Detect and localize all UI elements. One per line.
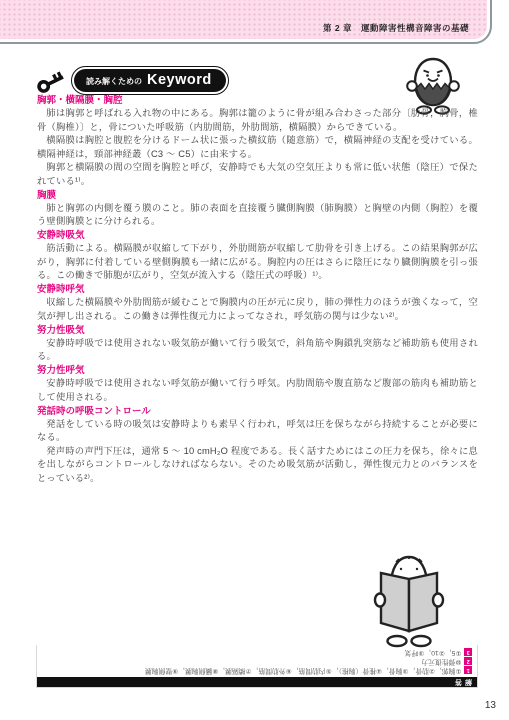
section-heading: 安静時吸気 <box>37 229 478 242</box>
keyword-pill: 読み解くための Keyword <box>74 69 226 92</box>
section-heading: 胸膜 <box>37 189 478 202</box>
section-paragraph: 横隔膜は胸腔と腹腔を分けるドーム状に張った横紋筋（随意筋）で，横隔神経の支配を受… <box>37 134 478 161</box>
section-paragraph: 筋活動による。横隔膜が収縮して下がり，外肋間筋が収縮して肋骨を引き上げる。この結… <box>37 242 478 283</box>
answers-rotated-box: 解答 1①胸郭，②肋骨，③胸骨，④椎骨（胸椎），⑤内肋間筋，⑥外肋間筋，⑦横隔膜… <box>36 645 478 688</box>
keyword-section: 安静時吸気筋活動による。横隔膜が収縮して下がり，外肋間筋が収縮して肋骨を引き上げ… <box>37 229 478 283</box>
answer-number-badge: 1 <box>465 666 473 674</box>
section-heading: 努力性呼気 <box>37 364 478 377</box>
keyword-sections: 胸郭・横隔膜・胸腔肺は胸郭と呼ばれる入れ物の中にある。胸郭は籠のように骨が組み合… <box>37 94 478 486</box>
answer-text: ①胸郭，②肋骨，③胸骨，④椎骨（胸椎），⑤内肋間筋，⑥外肋間筋，⑦横隔膜，⑧臓側… <box>145 666 462 674</box>
section-heading: 発話時の呼吸コントロール <box>37 405 478 418</box>
answer-text: ①5，②10，③呼気 <box>405 648 462 656</box>
answer-text: ⑩弾性復元力 <box>421 657 461 665</box>
keyword-section: 胸郭・横隔膜・胸腔肺は胸郭と呼ばれる入れ物の中にある。胸郭は籠のように骨が組み合… <box>37 94 478 188</box>
page-number: 13 <box>485 700 496 711</box>
chapter-header-band-pattern: 第 2 章 運動障害性構音障害の基礎 <box>0 0 487 39</box>
keyword-section: 努力性呼気安静時呼吸では使用されない呼気筋が働いて行う呼気。内肋間筋や腹直筋など… <box>37 364 478 404</box>
key-icon <box>34 66 66 94</box>
answer-line: 1①胸郭，②肋骨，③胸骨，④椎骨（胸椎），⑤内肋間筋，⑥外肋間筋，⑦横隔膜，⑧臓… <box>41 666 472 674</box>
answers-block: 解答 1①胸郭，②肋骨，③胸骨，④椎骨（胸椎），⑤内肋間筋，⑥外肋間筋，⑦横隔膜… <box>36 645 478 688</box>
keyword-section: 安静時呼気収縮した横隔膜や外肋間筋が緩むことで胸膜内の圧が元に戻り，肺の弾性力の… <box>37 283 478 323</box>
answer-number-badge: 2 <box>465 657 473 665</box>
section-paragraph: 安静時呼吸では使用されない吸気筋が働いて行う吸気で，斜角筋や胸鎖乳突筋など補助筋… <box>37 337 478 364</box>
answer-line: 3①5，②10，③呼気 <box>41 648 472 656</box>
answers-header-label: 解答 <box>452 677 472 687</box>
answer-number-badge: 3 <box>465 648 473 656</box>
section-heading: 努力性吸気 <box>37 324 478 337</box>
section-paragraph: 肺は胸郭と呼ばれる入れ物の中にある。胸郭は籠のように骨が組み合わさった部分〔肋骨… <box>37 107 478 134</box>
section-paragraph: 安静時呼吸では使用されない呼気筋が働いて行う呼気。内肋間筋や腹直筋など腹部の筋肉… <box>37 377 478 404</box>
keyword-title-label: Keyword <box>147 72 212 88</box>
keyword-section: 胸膜肺と胸郭の内側を覆う膜のこと。肺の表面を直接覆う臓側胸膜（肺胸膜）と胸壁の内… <box>37 189 478 229</box>
reading-egg-mascot-icon <box>368 553 450 656</box>
page: 第 2 章 運動障害性構音障害の基礎 読み解くための Keyword <box>0 0 509 720</box>
chapter-header-band: 第 2 章 運動障害性構音障害の基礎 <box>0 0 492 44</box>
keyword-section: 努力性吸気安静時呼吸では使用されない吸気筋が働いて行う吸気で，斜角筋や胸鎖乳突筋… <box>37 324 478 364</box>
keyword-prefix-label: 読み解くための <box>86 76 142 87</box>
section-heading: 安静時呼気 <box>37 283 478 296</box>
section-heading: 胸郭・横隔膜・胸腔 <box>37 94 478 107</box>
section-paragraph: 発話をしている時の吸気は安静時よりも素早く行われ，呼気は圧を保ちながら持続するこ… <box>37 418 478 445</box>
answer-line: 2⑩弾性復元力 <box>41 657 472 665</box>
section-paragraph: 肺と胸郭の内側を覆う膜のこと。肺の表面を直接覆う臓側胸膜（肺胸膜）と胸壁の内側（… <box>37 202 478 229</box>
chapter-title: 第 2 章 運動障害性構音障害の基礎 <box>323 22 469 34</box>
keyword-section: 発話時の呼吸コントロール発話をしている時の吸気は安静時よりも素早く行われ，呼気は… <box>37 405 478 486</box>
keyword-header: 読み解くための Keyword <box>34 66 226 94</box>
section-paragraph: 収縮した横隔膜や外肋間筋が緩むことで胸膜内の圧が元に戻り，肺の弾性力のほうが強く… <box>37 296 478 323</box>
section-paragraph: 発声時の声門下圧は，通常 5 〜 10 cmH₂O 程度である。長く話すためには… <box>37 445 478 486</box>
answers-header-bar: 解答 <box>37 677 477 687</box>
section-paragraph: 胸郭と横隔膜の間の空間を胸腔と呼び，安静時でも大気の空気圧よりも常に低い状態（陰… <box>37 161 478 188</box>
answers-list: 1①胸郭，②肋骨，③胸骨，④椎骨（胸椎），⑤内肋間筋，⑥外肋間筋，⑦横隔膜，⑧臓… <box>37 645 477 677</box>
